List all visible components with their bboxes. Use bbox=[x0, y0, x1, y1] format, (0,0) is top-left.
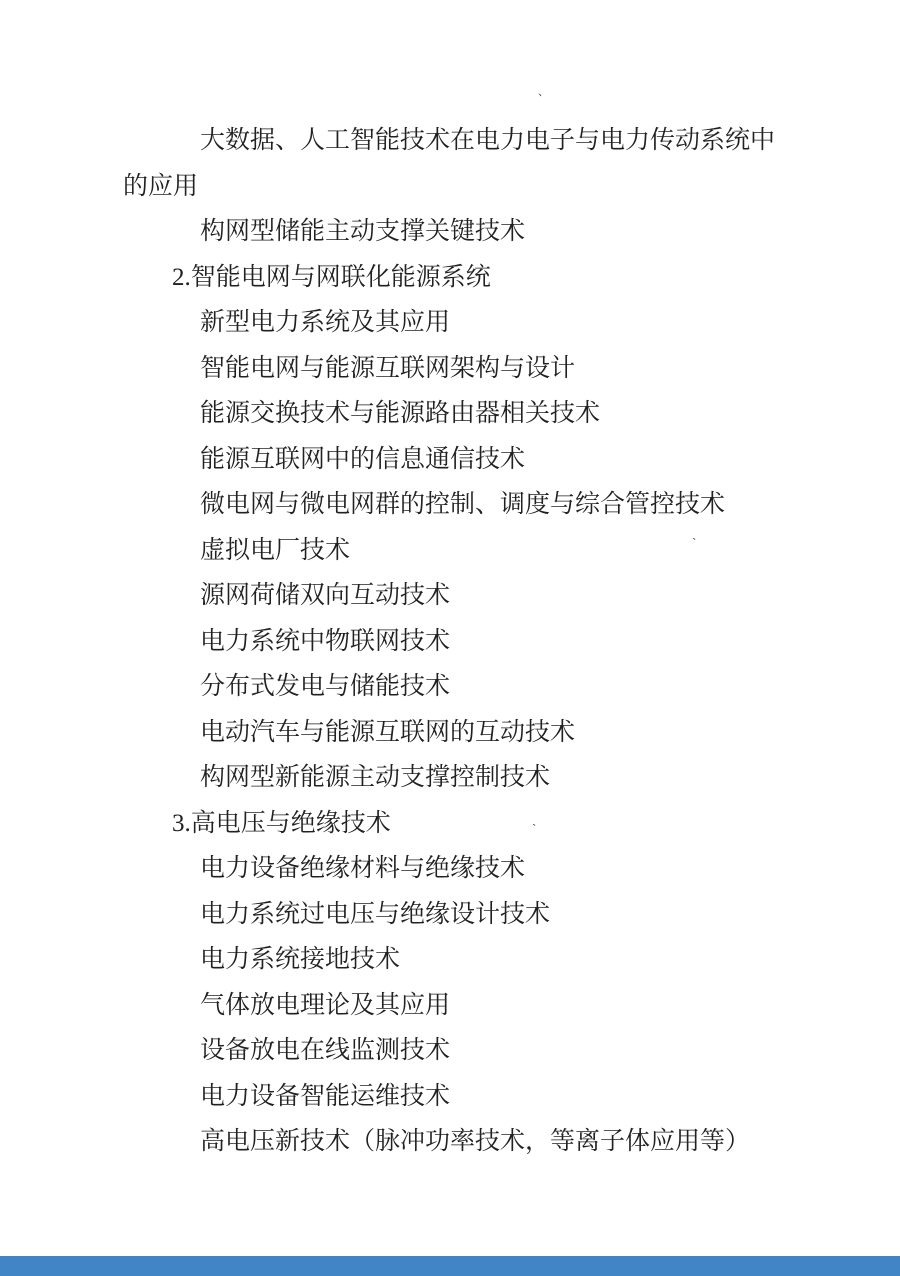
list-item: 电力系统接地技术 bbox=[123, 937, 780, 983]
paragraph-line: 大数据、人工智能技术在电力电子与电力传动系统中的应用 bbox=[123, 118, 780, 209]
list-item: 高电压新技术（脉冲功率技术，等离子体应用等） bbox=[123, 1119, 780, 1165]
list-item: 电力系统中物联网技术 bbox=[123, 619, 780, 665]
list-item: 电力系统过电压与绝缘设计技术 bbox=[123, 892, 780, 938]
list-item: 虚拟电厂技术 bbox=[123, 528, 780, 574]
list-item: 电动汽车与能源互联网的互动技术 bbox=[123, 710, 780, 756]
list-item: 智能电网与能源互联网架构与设计 bbox=[123, 346, 780, 392]
list-item: 新型电力系统及其应用 bbox=[123, 300, 780, 346]
list-item: 电力设备智能运维技术 bbox=[123, 1074, 780, 1120]
document-content: 大数据、人工智能技术在电力电子与电力传动系统中的应用 构网型储能主动支撑关键技术… bbox=[123, 118, 780, 1165]
list-item: 能源交换技术与能源路由器相关技术 bbox=[123, 391, 780, 437]
list-item: 能源互联网中的信息通信技术 bbox=[123, 437, 780, 483]
list-item: 气体放电理论及其应用 bbox=[123, 983, 780, 1029]
bottom-bar bbox=[0, 1256, 900, 1276]
section-heading-2: 2.智能电网与网联化能源系统 bbox=[123, 255, 780, 301]
list-item: 设备放电在线监测技术 bbox=[123, 1028, 780, 1074]
scan-speck: ` bbox=[692, 536, 696, 549]
list-item: 构网型储能主动支撑关键技术 bbox=[123, 209, 780, 255]
scan-speck: ` bbox=[532, 822, 536, 835]
list-item: 构网型新能源主动支撑控制技术 bbox=[123, 755, 780, 801]
section-heading-3: 3.高电压与绝缘技术 bbox=[123, 801, 780, 847]
scan-speck: 、 bbox=[538, 86, 549, 99]
list-item: 微电网与微电网群的控制、调度与综合管控技术 bbox=[123, 482, 780, 528]
document-page: 大数据、人工智能技术在电力电子与电力传动系统中的应用 构网型储能主动支撑关键技术… bbox=[0, 0, 900, 1276]
list-item: 分布式发电与储能技术 bbox=[123, 664, 780, 710]
list-item: 源网荷储双向互动技术 bbox=[123, 573, 780, 619]
list-item: 电力设备绝缘材料与绝缘技术 bbox=[123, 846, 780, 892]
